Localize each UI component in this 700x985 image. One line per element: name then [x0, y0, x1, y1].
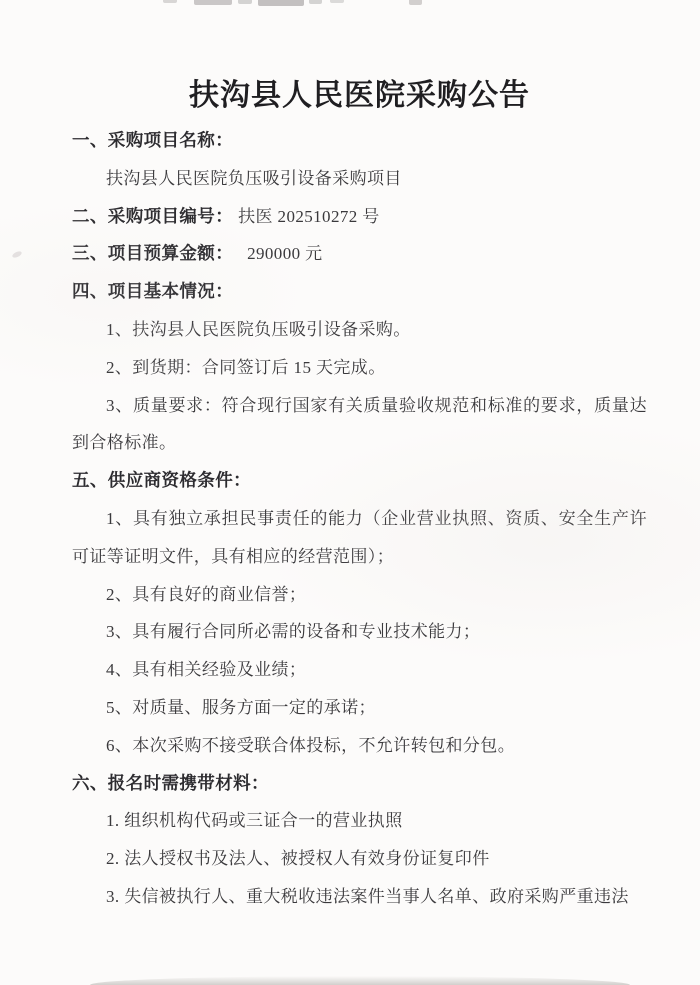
section-4-item: 1、扶沟县人民医院负压吸引设备采购。: [72, 311, 647, 349]
page-title: 扶沟县人民医院采购公告: [72, 76, 647, 116]
scan-artifact-top: [409, 0, 422, 5]
scan-artifact-top: [309, 0, 322, 4]
section-4-heading: 四、项目基本情况：: [72, 273, 647, 311]
section-5-item: 4、具有相关经验及业绩；: [72, 651, 647, 689]
section-3-label: 三、项目预算金额：: [72, 243, 233, 263]
section-5-item: 6、本次采购不接受联合体投标，不允许转包和分包。: [72, 727, 647, 765]
section-5-item: 1、具有独立承担民事责任的能力（企业营业执照、资质、安全生产许可证等证明文件，具…: [72, 500, 647, 576]
section-6-item: 1. 组织机构代码或三证合一的营业执照: [72, 802, 647, 840]
scan-artifact-top: [194, 0, 232, 5]
section-5-item: 2、具有良好的商业信誉；: [72, 576, 647, 614]
section-5-heading: 五、供应商资格条件：: [72, 462, 647, 500]
budget-amount-value: 290000 元: [247, 244, 322, 263]
document-page: 扶沟县人民医院采购公告 一、采购项目名称： 扶沟县人民医院负压吸引设备采购项目 …: [0, 0, 700, 985]
scan-artifact-top: [163, 0, 177, 3]
scan-artifact-top: [258, 0, 304, 6]
scan-artifact-left: [11, 250, 22, 259]
section-1-heading: 一、采购项目名称：: [72, 122, 647, 160]
section-4-item: 2、到货期：合同签订后 15 天完成。: [72, 349, 647, 387]
section-6-item: 2. 法人授权书及法人、被授权人有效身份证复印件: [72, 840, 647, 878]
scan-artifact-top: [238, 0, 252, 4]
section-3-heading: 三、项目预算金额：290000 元: [72, 235, 647, 273]
section-1-body: 扶沟县人民医院负压吸引设备采购项目: [72, 160, 647, 198]
section-6-item: 3. 失信被执行人、重大税收违法案件当事人名单、政府采购严重违法: [72, 878, 647, 916]
section-5-item: 3、具有履行合同所必需的设备和专业技术能力；: [72, 613, 647, 651]
section-2-label: 二、采购项目编号：: [72, 206, 233, 226]
project-number-value: 扶医 202510272 号: [238, 207, 380, 226]
section-2-heading: 二、采购项目编号：扶医 202510272 号: [72, 198, 647, 236]
scan-artifact-top: [330, 0, 344, 3]
scan-shadow-bottom: [90, 976, 630, 985]
section-5-item: 5、对质量、服务方面一定的承诺；: [72, 689, 647, 727]
section-4-item: 3、质量要求：符合现行国家有关质量验收规范和标准的要求，质量达到合格标准。: [72, 387, 647, 463]
section-6-heading: 六、报名时需携带材料：: [72, 765, 647, 803]
